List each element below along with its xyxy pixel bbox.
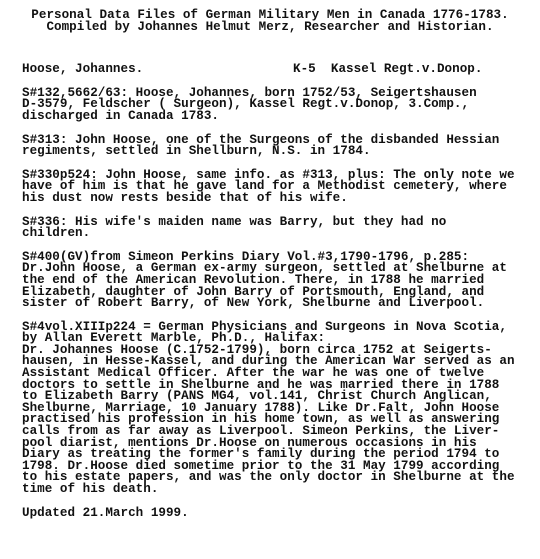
record-paragraph: S#132,5662/63: Hoose, Johannes, born 175… (22, 88, 532, 123)
record-line: discharged in Canada 1783. (22, 111, 532, 123)
record-paragraph: S#336: His wife's maiden name was Barry,… (22, 217, 532, 240)
record-line: S#336: His wife's maiden name was Barry,… (22, 217, 532, 229)
record-paragraph: S#400(GV)from Simeon Perkins Diary Vol.#… (22, 252, 532, 310)
document-page: Personal Data Files of German Military M… (22, 10, 532, 519)
entry-heading: Hoose, Johannes. K-5 Kassel Regt.v.Donop… (22, 64, 532, 76)
document-header: Personal Data Files of German Military M… (22, 10, 518, 33)
record-line: sister of Robert Barry, of New York, She… (22, 298, 532, 310)
record-line: his dust now rests beside that of his wi… (22, 193, 532, 205)
record-paragraph: S#4vol.XIIIp224 = German Physicians and … (22, 322, 532, 496)
entry-regiment-code: K-5 Kassel Regt.v.Donop. (293, 64, 482, 76)
updated-date: Updated 21.March 1999. (22, 508, 532, 520)
entry-records: S#132,5662/63: Hoose, Johannes, born 175… (22, 76, 532, 496)
record-paragraph: S#330p524: John Hoose, same info. as #31… (22, 170, 532, 205)
record-line: regiments, settled in Shellburn, N.S. in… (22, 146, 532, 158)
record-line: time of his death. (22, 484, 532, 496)
entry-name: Hoose, Johannes. (22, 64, 143, 76)
record-line: children. (22, 228, 532, 240)
document-subtitle: Compiled by Johannes Helmut Merz, Resear… (22, 22, 518, 34)
record-paragraph: S#313: John Hoose, one of the Surgeons o… (22, 135, 532, 158)
